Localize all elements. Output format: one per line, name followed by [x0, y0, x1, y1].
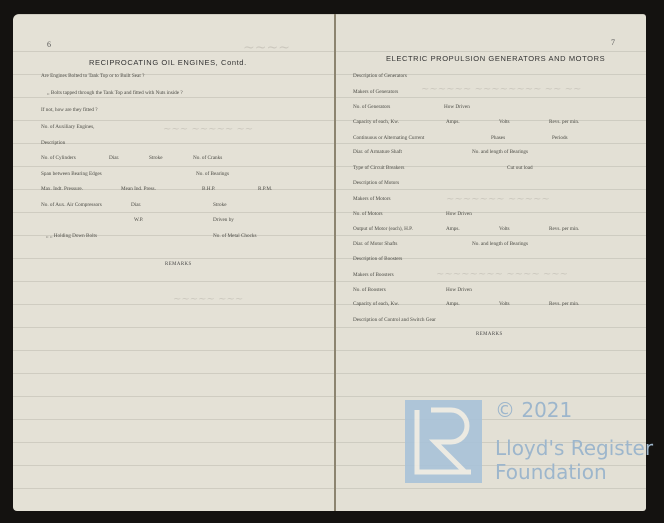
field-label: Description of Motors: [353, 180, 399, 186]
field-label: Volts: [499, 119, 510, 125]
field-label: Diar.: [109, 155, 119, 161]
field-label: No. of Auxiliary Engines,: [41, 124, 94, 130]
field-label: Diar.: [131, 202, 141, 208]
remarks-heading: REMARKS: [476, 332, 503, 337]
field-label: No. of Generators: [353, 104, 390, 110]
field-label: Periods: [552, 135, 568, 141]
field-label: No. of Bearings: [196, 171, 229, 177]
handwriting: ~~~~~~~~ ~~~~ ~~~: [436, 269, 568, 280]
field-label: How Driven: [446, 211, 472, 217]
handwriting: ~~~~~ ~~~: [173, 294, 243, 305]
watermark-copyright: © 2021: [495, 398, 572, 422]
field-label: Diar. of Armature Shaft: [353, 149, 402, 155]
field-label: Description: [41, 140, 65, 146]
field-label: Cut out load: [507, 165, 533, 171]
field-label: Mean Ind. Press.: [121, 186, 156, 192]
field-label: Revs. per min.: [549, 301, 579, 307]
field-label: If not, how are they fitted ?: [41, 107, 98, 113]
field-label: Revs. per min.: [549, 226, 579, 232]
field-label: ,, Bolts tapped through the Tank Top and…: [47, 90, 183, 96]
field-label: Volts: [499, 226, 510, 232]
field-label: How Driven: [444, 104, 470, 110]
field-label: How Driven: [446, 287, 472, 293]
left-page: 6 RECIPROCATING OIL ENGINES, Contd. Are …: [13, 14, 335, 511]
remarks-heading: REMARKS: [165, 262, 192, 267]
field-label: No. of Cranks: [193, 155, 222, 161]
field-label: Phases: [491, 135, 505, 141]
field-label: R.P.M.: [258, 186, 272, 192]
field-label: Span between Bearing Edges: [41, 171, 102, 177]
field-label: Description of Control and Switch Gear: [353, 317, 436, 323]
field-label: Volts: [499, 301, 510, 307]
field-label: B.H.P.: [202, 186, 215, 192]
field-label: Type of Circuit Breakers: [353, 165, 404, 171]
field-label: No. and length of Bearings: [472, 241, 528, 247]
field-label: Driven by: [213, 217, 234, 223]
field-label: Capacity of each, Kw.: [353, 301, 399, 307]
field-label: Stroke: [213, 202, 227, 208]
field-label: No. of Metal Chocks: [213, 233, 257, 239]
field-label: Makers of Generators: [353, 89, 398, 95]
field-label: W.P.: [134, 217, 143, 223]
field-label: No. and length of Bearings: [472, 149, 528, 155]
page-number: 6: [47, 40, 51, 49]
field-label: Amps.: [446, 301, 460, 307]
handwriting: ~~~~~~~ ~~~~~: [446, 194, 550, 205]
handwriting: ~~~~~~ ~~~~~~~~ ~~ ~~: [421, 84, 581, 95]
page-heading: RECIPROCATING OIL ENGINES, Contd.: [89, 58, 247, 67]
field-label: Makers of Boosters: [353, 272, 394, 278]
watermark-line1: Lloyd's Register: [495, 436, 653, 460]
field-label: No. of Motors: [353, 211, 383, 217]
field-label: Amps.: [446, 226, 460, 232]
field-label: Output of Motor (each), H.P.: [353, 226, 413, 232]
field-label: Are Engines Bolted to Tank Top or to Bui…: [41, 73, 144, 79]
field-label: Makers of Motors: [353, 196, 390, 202]
field-label: Revs. per min.: [549, 119, 579, 125]
field-label: Continuous or Alternating Current: [353, 135, 424, 141]
field-label: Diar. of Motor Shafts: [353, 241, 397, 247]
handwriting: ~~~ ~~~~~ ~~: [163, 124, 253, 135]
field-label: Description of Generators: [353, 73, 407, 79]
field-label: No. of Cylinders: [41, 155, 76, 161]
field-label: Capacity of each, Kw.: [353, 119, 399, 125]
watermark-line2: Foundation: [495, 460, 607, 484]
field-label: Description of Boosters: [353, 256, 402, 262]
lr-logo-icon: [405, 400, 482, 483]
page-heading: ELECTRIC PROPULSION GENERATORS AND MOTOR…: [386, 54, 605, 63]
field-label: No. of Boosters: [353, 287, 386, 293]
field-label: Max. Indt. Pressure.: [41, 186, 83, 192]
handwriting: ~~~~: [243, 40, 290, 56]
page-number: 7: [611, 38, 615, 47]
field-label: Stroke: [149, 155, 163, 161]
field-label: No. of Aux. Air Compressors: [41, 202, 102, 208]
field-label: ,, ,, Holding Down Bolts: [46, 233, 97, 239]
field-label: Amps.: [446, 119, 460, 125]
